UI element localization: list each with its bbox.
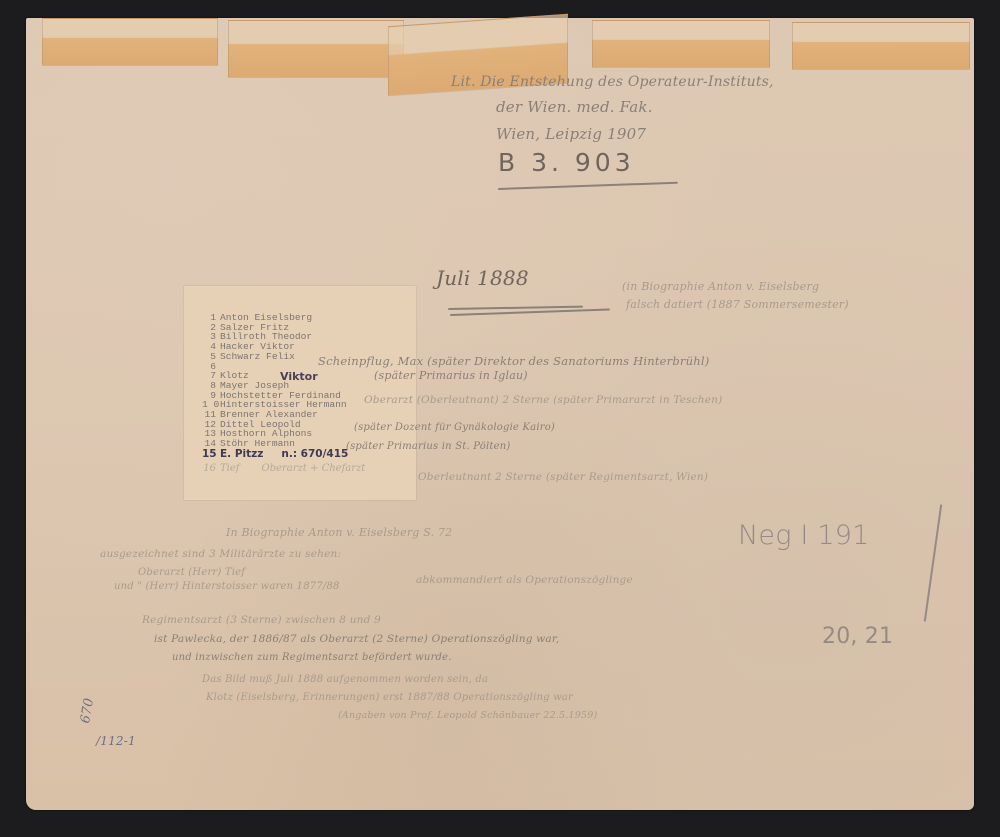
date-remark-line1: (in Biographie Anton v. Eiselsberg (622, 280, 819, 293)
lower-note-line5: ist Pawlecka, der 1886/87 als Oberarzt (… (154, 633, 559, 645)
negative-divider-line (924, 504, 942, 621)
tape-strip-2 (228, 20, 404, 78)
date-remark-line2: falsch datiert (1887 Sommersemester) (626, 298, 849, 311)
negative-number: Neg I 191 (738, 520, 869, 551)
document-sheet: Lit. Die Entstehung des Operateur-Instit… (26, 18, 974, 810)
annotation-row6: Scheinpflug, Max (später Direktor des Sa… (318, 354, 709, 368)
list-item-15: 15 E. Pitzz n.: 670/415 (202, 450, 365, 460)
list-item-16: 16 Tief Oberarzt + Chefarzt (202, 464, 365, 474)
date-note: Juli 1888 (436, 266, 529, 290)
shelfmark-underline (498, 182, 678, 190)
klotz-ink-addition: Viktor (280, 370, 318, 383)
lower-note-line9: (Angaben von Prof. Leopold Schönbauer 22… (338, 710, 597, 721)
header-note-line3: Wien, Leipzig 1907 (496, 125, 646, 143)
lower-note-line2: ausgezeichnet sind 3 Militärärzte zu seh… (100, 548, 341, 560)
tape-strip-1 (42, 18, 218, 66)
lower-note-line8: Klotz (Eiselsberg, Erinnerungen) erst 18… (206, 692, 573, 703)
lower-note-line1: In Biographie Anton v. Eiselsberg S. 72 (226, 526, 452, 539)
page-numbers: 20, 21 (822, 624, 893, 649)
typed-label-card: 1Anton Eiselsberg 2Salzer Fritz 3Billrot… (184, 286, 416, 500)
header-note-line2: der Wien. med. Fak. (496, 98, 653, 116)
annotation-row16: Oberleutnant 2 Sterne (später Regimentsa… (418, 471, 708, 483)
annotation-row7: (später Primarius in Iglau) (374, 369, 528, 382)
lower-note-line3b: und " (Herr) Hinterstoisser waren 1877/8… (114, 581, 340, 592)
tape-strip-4 (592, 20, 770, 68)
lower-note-line4: Regimentsarzt (3 Sterne) zwischen 8 und … (142, 614, 381, 626)
header-note-line1: Lit. Die Entstehung des Operateur-Instit… (451, 74, 774, 90)
lower-note-line3c: abkommandiert als Operationszöglinge (416, 574, 633, 586)
lower-note-line6: und inzwischen zum Regimentsarzt beförde… (172, 652, 452, 663)
lower-note-line3a: Oberarzt (Herr) Tief (138, 567, 245, 578)
annotation-row10: Oberarzt (Oberleutnant) 2 Sterne (später… (364, 394, 722, 406)
shelfmark: B 3. 903 (498, 148, 635, 177)
lower-note-line7: Das Bild muß Juli 1888 aufgenommen worde… (202, 674, 488, 685)
annotation-row14: (später Primarius in St. Pölten) (346, 441, 510, 452)
corner-note-line1: 670 (78, 697, 97, 725)
tape-strip-5 (792, 22, 970, 70)
annotation-row12: (später Dozent für Gynäkologie Kairo) (354, 422, 555, 433)
corner-note-line2: /112-1 (96, 734, 136, 748)
typed-name-list: 1Anton Eiselsberg 2Salzer Fritz 3Billrot… (202, 313, 365, 473)
